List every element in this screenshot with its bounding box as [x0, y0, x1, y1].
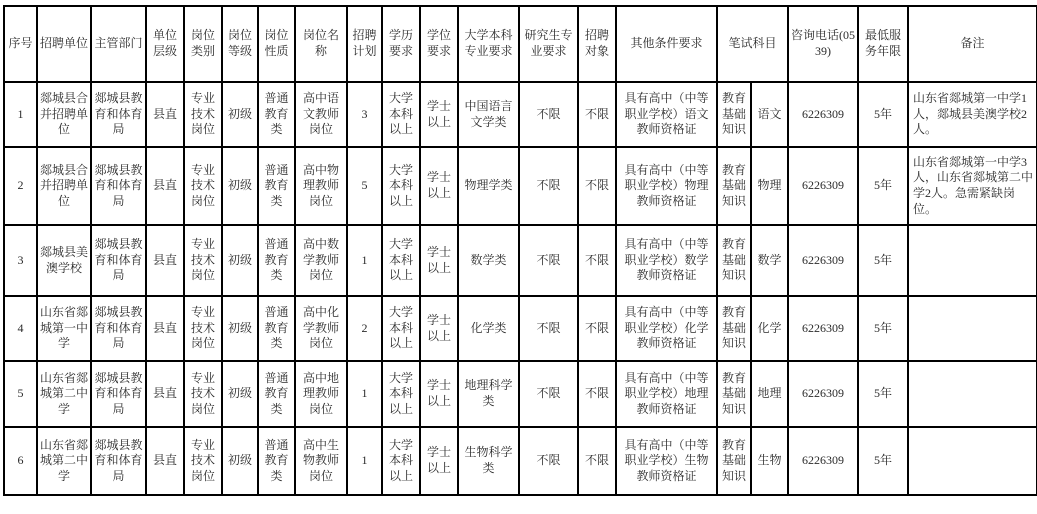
table-cell: 5 [4, 361, 37, 427]
table-cell: 物理 [751, 147, 788, 225]
table-cell: 数学 [751, 225, 788, 296]
table-cell: 数学类 [458, 225, 519, 296]
table-cell: 不限 [519, 147, 578, 225]
table-cell: 大学本科以上 [382, 296, 420, 361]
table-cell: 4 [4, 296, 37, 361]
table-cell: 普通教育类 [258, 361, 295, 427]
header-cell: 招聘对象 [578, 6, 616, 82]
table-cell: 具有高中（中等职业学校）数学教师资格证 [616, 225, 717, 296]
table-cell: 县直 [146, 225, 184, 296]
table-cell: 县直 [146, 296, 184, 361]
header-cell: 备注 [908, 6, 1037, 82]
table-cell: 教育基础知识 [717, 82, 751, 147]
table-cell: 郯城县教育和体育局 [91, 225, 146, 296]
header-cell: 咨询电话(0539) [788, 6, 858, 82]
table-row: 5山东省郯城第二中学郯城县教育和体育局县直专业技术岗位初级普通教育类高中地理教师… [4, 361, 1037, 427]
table-cell: 不限 [578, 82, 616, 147]
table-cell: 高中地理教师岗位 [295, 361, 347, 427]
header-row: 序号招聘单位主管部门单位层级岗位类别岗位等级岗位性质岗位名称招聘计划学历要求学位… [4, 6, 1037, 82]
table-cell: 教育基础知识 [717, 147, 751, 225]
table-cell: 普通教育类 [258, 82, 295, 147]
table-cell: 6226309 [788, 147, 858, 225]
header-cell: 序号 [4, 6, 37, 82]
table-cell: 高中物理教师岗位 [295, 147, 347, 225]
table-cell: 普通教育类 [258, 427, 295, 495]
table-row: 3郯城县美澳学校郯城县教育和体育局县直专业技术岗位初级普通教育类高中数学教师岗位… [4, 225, 1037, 296]
table-cell: 5年 [858, 296, 908, 361]
table-cell: 具有高中（中等职业学校）物理教师资格证 [616, 147, 717, 225]
table-cell: 5年 [858, 427, 908, 495]
table-cell: 地理科学类 [458, 361, 519, 427]
table-cell: 郯城县合并招聘单位 [37, 82, 91, 147]
header-cell: 主管部门 [91, 6, 146, 82]
table-cell: 5年 [858, 147, 908, 225]
header-cell: 单位层级 [146, 6, 184, 82]
table-cell: 3 [347, 82, 382, 147]
table-cell: 不限 [519, 296, 578, 361]
table-cell: 大学本科以上 [382, 225, 420, 296]
table-cell: 专业技术岗位 [184, 296, 222, 361]
table-cell: 专业技术岗位 [184, 147, 222, 225]
table-cell: 山东省郯城第二中学 [37, 361, 91, 427]
table-cell: 6226309 [788, 82, 858, 147]
table-cell: 高中数学教师岗位 [295, 225, 347, 296]
table-cell: 初级 [222, 147, 258, 225]
table-cell: 教育基础知识 [717, 427, 751, 495]
table-cell [908, 296, 1037, 361]
table-cell: 学士以上 [420, 147, 458, 225]
table-cell: 学士以上 [420, 296, 458, 361]
header-cell: 学历要求 [382, 6, 420, 82]
table-cell: 县直 [146, 82, 184, 147]
table-cell: 大学本科以上 [382, 427, 420, 495]
table-cell: 初级 [222, 296, 258, 361]
table-cell: 具有高中（中等职业学校）语文教师资格证 [616, 82, 717, 147]
table-cell: 教育基础知识 [717, 225, 751, 296]
table-cell: 5年 [858, 225, 908, 296]
table-cell [908, 427, 1037, 495]
table-cell: 不限 [519, 225, 578, 296]
table-cell: 具有高中（中等职业学校）化学教师资格证 [616, 296, 717, 361]
table-cell: 郯城县教育和体育局 [91, 361, 146, 427]
header-cell: 岗位性质 [258, 6, 295, 82]
header-cell: 笔试科目 [717, 6, 788, 82]
table-cell: 5年 [858, 361, 908, 427]
table-cell: 大学本科以上 [382, 147, 420, 225]
table-cell: 2 [347, 296, 382, 361]
header-cell: 大学本科专业要求 [458, 6, 519, 82]
table-row: 2郯城县合并招聘单位郯城县教育和体育局县直专业技术岗位初级普通教育类高中物理教师… [4, 147, 1037, 225]
table-cell: 郯城县教育和体育局 [91, 427, 146, 495]
table-cell: 普通教育类 [258, 225, 295, 296]
table-cell: 县直 [146, 427, 184, 495]
table-cell: 郯城县教育和体育局 [91, 147, 146, 225]
table-cell: 山东省郯城第一中学3人，山东省郯城第二中学2人。急需紧缺岗位。 [908, 147, 1037, 225]
table-cell: 大学本科以上 [382, 82, 420, 147]
table-cell: 学士以上 [420, 225, 458, 296]
table-cell: 不限 [578, 147, 616, 225]
table-cell: 专业技术岗位 [184, 361, 222, 427]
table-cell: 6226309 [788, 296, 858, 361]
table-cell: 不限 [578, 225, 616, 296]
table-cell: 山东省郯城第一中学1人，郯城县美澳学校2人。 [908, 82, 1037, 147]
header-cell: 其他条件要求 [616, 6, 717, 82]
table-cell: 5年 [858, 82, 908, 147]
table-cell: 专业技术岗位 [184, 225, 222, 296]
table-cell: 山东省郯城第一中学 [37, 296, 91, 361]
page: 序号招聘单位主管部门单位层级岗位类别岗位等级岗位性质岗位名称招聘计划学历要求学位… [0, 0, 1037, 514]
table-cell: 不限 [578, 296, 616, 361]
table-cell: 郯城县教育和体育局 [91, 296, 146, 361]
table-cell: 化学类 [458, 296, 519, 361]
table-cell: 5 [347, 147, 382, 225]
table-cell: 县直 [146, 147, 184, 225]
table-cell: 高中化学教师岗位 [295, 296, 347, 361]
table-body: 1郯城县合并招聘单位郯城县教育和体育局县直专业技术岗位初级普通教育类高中语文教师… [4, 82, 1037, 495]
table-cell: 初级 [222, 427, 258, 495]
table-cell: 初级 [222, 225, 258, 296]
table-cell: 高中生物教师岗位 [295, 427, 347, 495]
table-cell: 教育基础知识 [717, 296, 751, 361]
table-cell: 郯城县教育和体育局 [91, 82, 146, 147]
table-cell: 专业技术岗位 [184, 82, 222, 147]
table-cell: 普通教育类 [258, 296, 295, 361]
table-cell: 不限 [519, 361, 578, 427]
table-cell: 专业技术岗位 [184, 427, 222, 495]
table-cell: 高中语文教师岗位 [295, 82, 347, 147]
table-row: 6山东省郯城第二中学郯城县教育和体育局县直专业技术岗位初级普通教育类高中生物教师… [4, 427, 1037, 495]
table-cell: 地理 [751, 361, 788, 427]
table-cell: 6 [4, 427, 37, 495]
table-cell: 6226309 [788, 225, 858, 296]
header-cell: 招聘单位 [37, 6, 91, 82]
header-cell: 岗位等级 [222, 6, 258, 82]
table-cell: 1 [347, 225, 382, 296]
table-cell: 1 [347, 361, 382, 427]
table-cell: 生物科学类 [458, 427, 519, 495]
header-cell: 学位要求 [420, 6, 458, 82]
table-cell: 县直 [146, 361, 184, 427]
table-cell: 大学本科以上 [382, 361, 420, 427]
recruitment-positions-table: 序号招聘单位主管部门单位层级岗位类别岗位等级岗位性质岗位名称招聘计划学历要求学位… [3, 5, 1037, 496]
table-cell: 具有高中（中等职业学校）生物教师资格证 [616, 427, 717, 495]
table-row: 4山东省郯城第一中学郯城县教育和体育局县直专业技术岗位初级普通教育类高中化学教师… [4, 296, 1037, 361]
header-cell: 招聘计划 [347, 6, 382, 82]
table-cell: 学士以上 [420, 361, 458, 427]
table-cell: 1 [4, 82, 37, 147]
table-cell: 6226309 [788, 361, 858, 427]
table-cell: 不限 [519, 427, 578, 495]
table-cell: 普通教育类 [258, 147, 295, 225]
table-cell: 中国语言文学类 [458, 82, 519, 147]
table-cell: 郯城县合并招聘单位 [37, 147, 91, 225]
table-cell: 具有高中（中等职业学校）地理教师资格证 [616, 361, 717, 427]
table-header: 序号招聘单位主管部门单位层级岗位类别岗位等级岗位性质岗位名称招聘计划学历要求学位… [4, 6, 1037, 82]
header-cell: 研究生专业要求 [519, 6, 578, 82]
table-cell: 不限 [578, 427, 616, 495]
table-cell: 6226309 [788, 427, 858, 495]
table-cell: 郯城县美澳学校 [37, 225, 91, 296]
table-cell: 物理学类 [458, 147, 519, 225]
table-cell: 不限 [519, 82, 578, 147]
header-cell: 岗位名称 [295, 6, 347, 82]
table-cell: 2 [4, 147, 37, 225]
table-cell: 化学 [751, 296, 788, 361]
table-cell: 学士以上 [420, 427, 458, 495]
table-cell: 教育基础知识 [717, 361, 751, 427]
header-cell: 岗位类别 [184, 6, 222, 82]
header-cell: 最低服务年限 [858, 6, 908, 82]
table-row: 1郯城县合并招聘单位郯城县教育和体育局县直专业技术岗位初级普通教育类高中语文教师… [4, 82, 1037, 147]
table-cell: 1 [347, 427, 382, 495]
table-cell: 山东省郯城第二中学 [37, 427, 91, 495]
table-cell: 学士以上 [420, 82, 458, 147]
table-cell: 3 [4, 225, 37, 296]
table-cell: 初级 [222, 82, 258, 147]
table-cell: 语文 [751, 82, 788, 147]
table-cell: 初级 [222, 361, 258, 427]
table-cell: 生物 [751, 427, 788, 495]
table-cell: 不限 [578, 361, 616, 427]
table-cell [908, 361, 1037, 427]
table-cell [908, 225, 1037, 296]
